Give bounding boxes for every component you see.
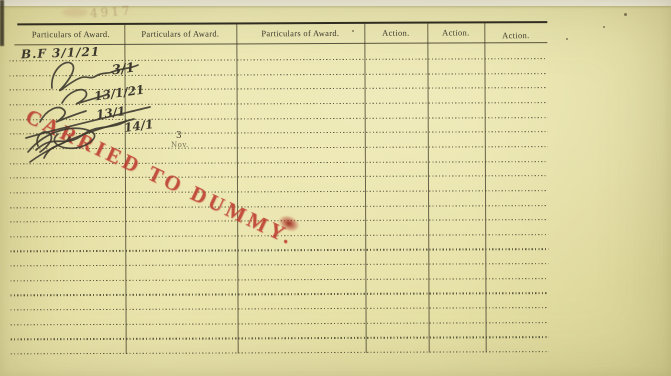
- dotted-row-line: [10, 175, 548, 179]
- column-divider: [364, 23, 366, 353]
- dotted-row-line: [10, 263, 548, 267]
- speck: [566, 38, 568, 40]
- bf-entry: B.F 3/1/21: [21, 45, 101, 62]
- column-divider: [427, 23, 429, 353]
- dotted-row-line: [11, 351, 549, 355]
- dotted-row-line: [11, 307, 549, 311]
- speck: [603, 26, 605, 28]
- award-table: Particulars of Award. Particulars of Awa…: [0, 0, 671, 376]
- column-header-particulars-1: Particulars of Award.: [17, 27, 124, 40]
- dotted-row-line: [10, 205, 548, 209]
- column-header-particulars-2: Particulars of Award.: [124, 26, 236, 39]
- scanned-card: 4917 Particulars of Award. Particulars o…: [0, 0, 671, 376]
- dotted-row-line: [10, 249, 548, 253]
- dotted-row-line: [10, 117, 548, 121]
- column-header-action-2: Action.: [427, 25, 484, 38]
- column-header-action-1: Action.: [364, 26, 427, 39]
- column-divider: [236, 23, 238, 353]
- small-note-number: 3: [176, 131, 182, 141]
- column-header-particulars-3: Particulars of Award.: [236, 26, 364, 40]
- dotted-row-line: [10, 102, 548, 106]
- small-note-month: Nov.: [171, 141, 189, 149]
- dotted-row-line: [10, 292, 548, 296]
- dotted-row-line: [10, 190, 548, 194]
- column-divider: [484, 22, 486, 352]
- dotted-row-line: [11, 322, 549, 326]
- dotted-row-line: [10, 161, 548, 165]
- speck: [352, 30, 354, 32]
- dotted-row-line: [10, 73, 548, 77]
- column-header-action-3: Action.: [484, 28, 547, 41]
- handwritten-date-1: 3/1: [111, 61, 136, 79]
- dotted-row-line: [11, 336, 549, 340]
- table-rows: [0, 0, 670, 1]
- dotted-row-line: [10, 87, 548, 91]
- dotted-row-line: [10, 278, 548, 282]
- speck: [624, 13, 627, 16]
